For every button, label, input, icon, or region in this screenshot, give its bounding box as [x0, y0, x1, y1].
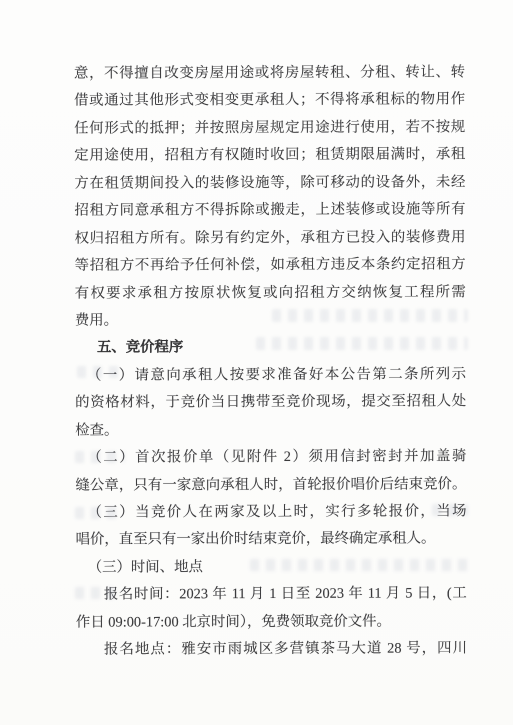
text-line: 费用。: [75, 306, 466, 335]
text-line: 作日 09:00-17:00 北京时间），免费领取竞价文件。: [76, 608, 467, 637]
text-line: 权归招租方所有。除另有约定外，承租方已投入的装修费用: [75, 224, 466, 253]
text-line: 报名时间：2023 年 11 月 1 日至 2023 年 11 月 5 日，(工: [76, 581, 467, 610]
text-line: 招租方同意承租方不得拆除或搬走，上述装修或设施等所有: [74, 197, 465, 226]
text-line: 唱价，直至只有一家出价时结束竞价，最终确定承租人。: [76, 526, 467, 555]
document-page: 意，不得擅自改变房屋用途或将房屋转租、分租、转让、转 借或通过其他形式变相变更承…: [0, 0, 513, 725]
text-line: 有权要求承租方按原状恢复或向招租方交纳恢复工程所需: [75, 279, 466, 308]
text-line: 的资格材料，于竞价当日携带至竞价现场，提交至招租人处: [75, 389, 466, 418]
text-line: 报名地点：雅安市雨城区多营镇茶马大道 28 号，四川: [76, 636, 467, 665]
text-line: 任何形式的抵押；并按照房屋规定用途进行使用，若不按规: [74, 114, 465, 143]
text-line: 借或通过其他形式变相变更承租人；不得将承租标的物用作: [74, 87, 465, 116]
text-line: 检查。: [75, 416, 466, 445]
section-heading: 五、竞价程序: [75, 334, 466, 363]
document-text-block: 意，不得擅自改变房屋用途或将房屋转租、分租、转让、转 借或通过其他形式变相变更承…: [74, 59, 467, 664]
text-line: （三）时间、地点: [76, 553, 467, 582]
text-line: 等招租方不再给予任何补偿，如承租方违反本条约定招租方: [75, 251, 466, 280]
text-line: （二）首次报价单（见附件 2）须用信封密封并加盖骑: [75, 443, 466, 472]
text-line: 定用途使用，招租方有权随时收回；租赁期限届满时，承租: [74, 142, 465, 171]
text-line: 方在租赁期间投入的装修设施等，除可移动的设备外，未经: [74, 169, 465, 198]
text-line: （三）当竞价人在两家及以上时，实行多轮报价，当场: [75, 498, 466, 527]
text-line: 意，不得擅自改变房屋用途或将房屋转租、分租、转让、转: [74, 59, 465, 88]
text-line: （一）请意向承租人按要求准备好本公告第二条所列示: [75, 361, 466, 390]
text-line: 缝公章，只有一家意向承租人时，首轮报价唱价后结束竞价。: [75, 471, 466, 500]
